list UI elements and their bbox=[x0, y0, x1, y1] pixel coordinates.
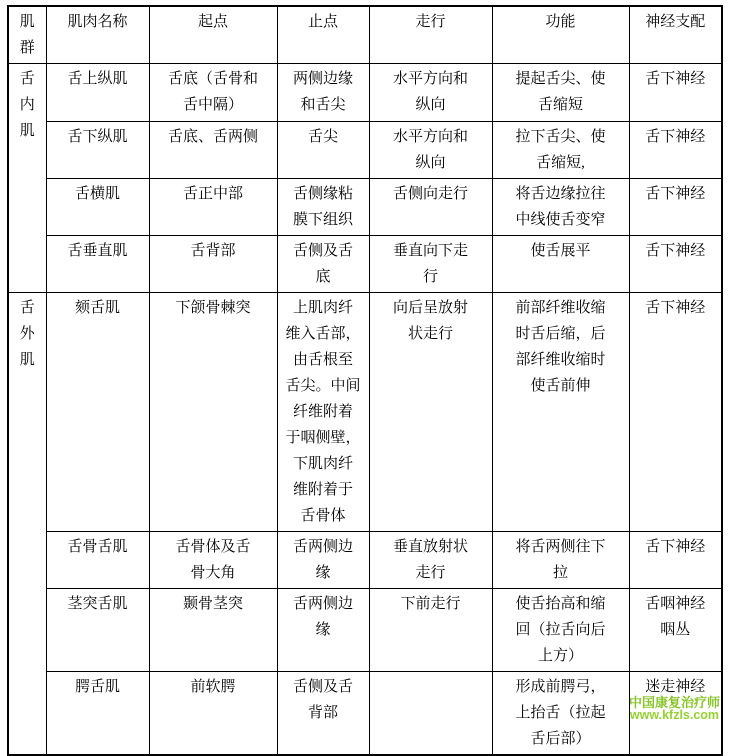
table-row: 舌垂直肌 舌背部 舌侧及舌 底 垂直向下走 行 使舌展平 舌下神经 bbox=[8, 236, 722, 293]
cell-insertion: 两侧边缘 和舌尖 bbox=[277, 64, 369, 122]
table-row: 舌横肌 舌正中部 舌侧缘粘 膜下组织 舌侧向走行 将舌边缘拉往 中线使舌变窄 舌… bbox=[8, 179, 722, 236]
cell-muscle-name: 舌垂直肌 bbox=[46, 236, 149, 293]
group-label-extrinsic: 舌 外 肌 bbox=[8, 293, 46, 756]
cell-function: 拉下舌尖、使 舌缩短, bbox=[492, 122, 629, 179]
page: 肌 群 肌肉名称 起点 止点 走行 功能 神经支配 舌 内 肌 舌上纵肌 舌底（… bbox=[0, 0, 729, 730]
cell-course: 下前走行 bbox=[369, 589, 492, 672]
cell-nerve: 舌下神经 bbox=[629, 122, 722, 179]
cell-nerve: 舌咽神经 咽丛 bbox=[629, 589, 722, 672]
table-row: 舌 外 肌 颏舌肌 下颌骨棘突 上肌肉纤 维入舌部， 由舌根至 舌尖。中间 纤维… bbox=[8, 293, 722, 532]
cell-function: 使舌展平 bbox=[492, 236, 629, 293]
table-row: 舌骨舌肌 舌骨体及舌 骨大角 舌两侧边 缘 垂直放射状 走行 将舌两侧往下 拉 … bbox=[8, 532, 722, 589]
header-muscle-group: 肌 群 bbox=[8, 6, 46, 64]
cell-insertion: 舌两侧边 缘 bbox=[277, 532, 369, 589]
cell-muscle-name: 颏舌肌 bbox=[46, 293, 149, 532]
cell-course: 舌侧向走行 bbox=[369, 179, 492, 236]
header-nerve: 神经支配 bbox=[629, 6, 722, 64]
cell-insertion: 舌两侧边 缘 bbox=[277, 589, 369, 672]
cell-origin: 舌底、舌两侧 bbox=[149, 122, 277, 179]
cell-insertion: 舌侧缘粘 膜下组织 bbox=[277, 179, 369, 236]
cell-insertion: 舌侧及舌 底 bbox=[277, 236, 369, 293]
cell-function: 提起舌尖、使 舌缩短 bbox=[492, 64, 629, 122]
cell-muscle-name: 舌横肌 bbox=[46, 179, 149, 236]
cell-origin: 舌正中部 bbox=[149, 179, 277, 236]
header-origin: 起点 bbox=[149, 6, 277, 64]
header-course: 走行 bbox=[369, 6, 492, 64]
header-muscle-name: 肌肉名称 bbox=[46, 6, 149, 64]
cell-origin: 舌底（舌骨和 舌中隔） bbox=[149, 64, 277, 122]
header-function: 功能 bbox=[492, 6, 629, 64]
group-label-intrinsic: 舌 内 肌 bbox=[8, 64, 46, 293]
cell-origin: 舌背部 bbox=[149, 236, 277, 293]
cell-muscle-name: 茎突舌肌 bbox=[46, 589, 149, 672]
cell-course: 水平方向和 纵向 bbox=[369, 64, 492, 122]
cell-course: 垂直放射状 走行 bbox=[369, 532, 492, 589]
cell-course: 水平方向和 纵向 bbox=[369, 122, 492, 179]
cell-insertion: 舌尖 bbox=[277, 122, 369, 179]
cell-function: 使舌抬高和缩 回（拉舌向后 上方） bbox=[492, 589, 629, 672]
table-row: 腭舌肌 前软腭 舌侧及舌 背部 形成前腭弓， 上抬舌（拉起 舌后部） 迷走神经 bbox=[8, 672, 722, 756]
cell-origin: 前软腭 bbox=[149, 672, 277, 756]
header-row: 肌 群 肌肉名称 起点 止点 走行 功能 神经支配 bbox=[8, 6, 722, 64]
cell-function: 将舌边缘拉往 中线使舌变窄 bbox=[492, 179, 629, 236]
header-insertion: 止点 bbox=[277, 6, 369, 64]
tongue-muscle-table: 肌 群 肌肉名称 起点 止点 走行 功能 神经支配 舌 内 肌 舌上纵肌 舌底（… bbox=[7, 5, 723, 756]
cell-insertion: 上肌肉纤 维入舌部， 由舌根至 舌尖。中间 纤维附着 于咽侧壁， 下肌肉纤 维附… bbox=[277, 293, 369, 532]
cell-insertion: 舌侧及舌 背部 bbox=[277, 672, 369, 756]
cell-nerve: 舌下神经 bbox=[629, 236, 722, 293]
cell-nerve: 舌下神经 bbox=[629, 293, 722, 532]
cell-nerve: 舌下神经 bbox=[629, 64, 722, 122]
cell-origin: 舌骨体及舌 骨大角 bbox=[149, 532, 277, 589]
table-row: 舌下纵肌 舌底、舌两侧 舌尖 水平方向和 纵向 拉下舌尖、使 舌缩短, 舌下神经 bbox=[8, 122, 722, 179]
table-row: 舌 内 肌 舌上纵肌 舌底（舌骨和 舌中隔） 两侧边缘 和舌尖 水平方向和 纵向… bbox=[8, 64, 722, 122]
table-row: 茎突舌肌 颞骨茎突 舌两侧边 缘 下前走行 使舌抬高和缩 回（拉舌向后 上方） … bbox=[8, 589, 722, 672]
cell-nerve: 舌下神经 bbox=[629, 179, 722, 236]
cell-nerve: 舌下神经 bbox=[629, 532, 722, 589]
cell-function: 将舌两侧往下 拉 bbox=[492, 532, 629, 589]
cell-nerve: 迷走神经 bbox=[629, 672, 722, 756]
cell-course bbox=[369, 672, 492, 756]
cell-muscle-name: 舌骨舌肌 bbox=[46, 532, 149, 589]
cell-function: 形成前腭弓， 上抬舌（拉起 舌后部） bbox=[492, 672, 629, 756]
cell-course: 向后呈放射 状走行 bbox=[369, 293, 492, 532]
cell-function: 前部纤维收缩 时舌后缩，后 部纤维收缩时 使舌前伸 bbox=[492, 293, 629, 532]
cell-muscle-name: 腭舌肌 bbox=[46, 672, 149, 756]
cell-course: 垂直向下走 行 bbox=[369, 236, 492, 293]
cell-muscle-name: 舌上纵肌 bbox=[46, 64, 149, 122]
cell-origin: 颞骨茎突 bbox=[149, 589, 277, 672]
cell-origin: 下颌骨棘突 bbox=[149, 293, 277, 532]
cell-muscle-name: 舌下纵肌 bbox=[46, 122, 149, 179]
